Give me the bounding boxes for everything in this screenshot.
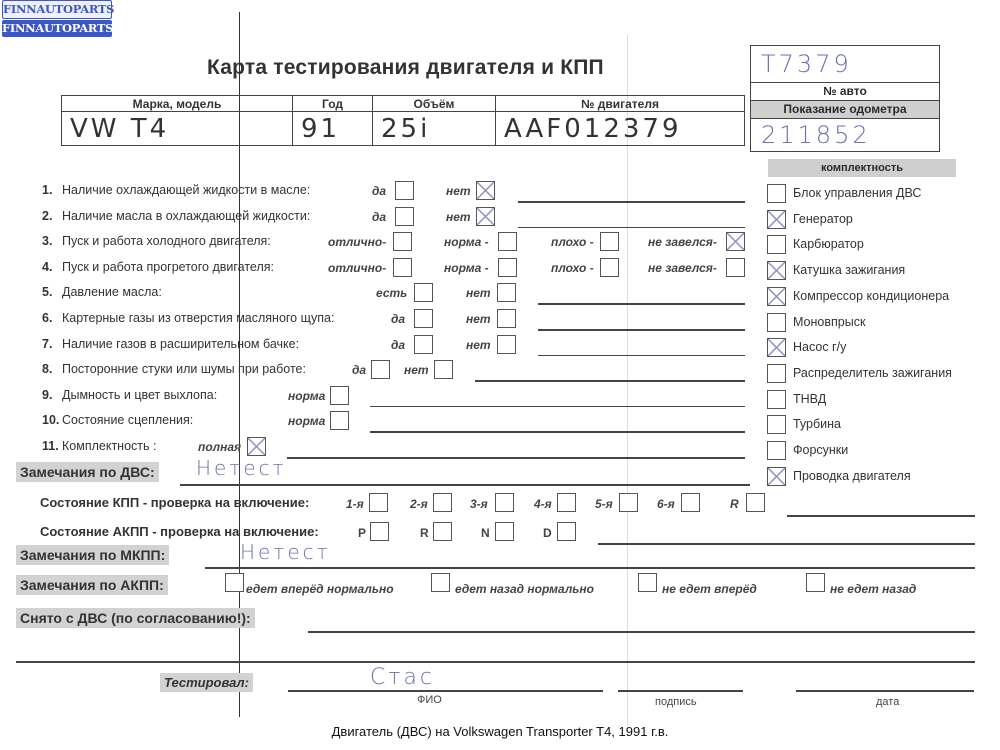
option-label: да — [391, 312, 405, 326]
logo-line-2: FINNAUTOPARTS — [2, 20, 112, 37]
gear-checkbox[interactable] — [370, 522, 389, 541]
option-checkbox[interactable] — [395, 181, 414, 200]
gear-label: 5-я — [595, 497, 613, 511]
completeness-item-label: Турбина — [793, 417, 841, 431]
option-checkbox[interactable] — [414, 283, 433, 302]
checklist-row-8: 8.Посторонние стуки или шумы при работе: — [42, 362, 306, 376]
option-checkbox[interactable] — [726, 232, 745, 251]
notes-line[interactable] — [518, 227, 745, 229]
option-label: да — [372, 184, 386, 198]
gear-label: R — [730, 497, 739, 511]
auto-number-value[interactable]: T7379 — [751, 46, 939, 83]
option-label: есть — [376, 286, 407, 300]
option-label: не завелся- — [648, 235, 717, 249]
year-value[interactable]: 91 — [293, 112, 373, 146]
checklist-number: 9. — [42, 388, 62, 402]
completeness-item-label: Блок управления ДВС — [793, 186, 921, 200]
option-label: да — [391, 338, 405, 352]
odometer-value[interactable]: 211852 — [751, 119, 939, 151]
completeness-item-label: Моновпрыск — [793, 315, 865, 329]
watermark-logo: FINNAUTOPARTS FINNAUTOPARTS — [2, 0, 112, 37]
option-checkbox[interactable] — [600, 258, 619, 277]
completeness-item-label: Генератор — [793, 212, 853, 226]
make-model-value[interactable]: VW T4 — [62, 112, 293, 146]
option-checkbox[interactable] — [434, 360, 453, 379]
option-checkbox[interactable] — [476, 207, 495, 226]
completeness-item-label: Форсунки — [793, 443, 848, 457]
date-line[interactable] — [796, 690, 974, 692]
checklist-label: Посторонние стуки или шумы при работе: — [62, 362, 306, 376]
option-label: полная — [198, 440, 241, 454]
option-label: норма — [288, 414, 325, 428]
mkpp-remarks-value[interactable]: Нетест — [240, 540, 331, 564]
option-checkbox[interactable] — [330, 386, 349, 405]
gear-checkbox[interactable] — [557, 522, 576, 541]
option-label: нет — [446, 210, 471, 224]
notes-line[interactable] — [475, 380, 745, 382]
engine-remarks-value[interactable]: Нетест — [196, 456, 287, 480]
engine-remarks-line — [180, 484, 750, 486]
removed-from-engine-label: Снято с ДВС (по согласованию!): — [16, 608, 255, 628]
option-checkbox[interactable] — [726, 258, 745, 277]
option-checkbox[interactable] — [414, 309, 433, 328]
completeness-item-label: Компрессор кондиционера — [793, 289, 949, 303]
option-checkbox[interactable] — [414, 335, 433, 354]
mkpp-remarks-label: Замечания по МКПП: — [16, 545, 169, 565]
checklist-label: Дымность и цвет выхлопа: — [62, 388, 217, 402]
option-label: норма - — [444, 235, 489, 249]
checklist-label: Комплектность : — [62, 439, 156, 453]
volume-value[interactable]: 25i — [373, 112, 496, 146]
option-label: не завелся- — [648, 261, 717, 275]
option-label: нет — [404, 363, 429, 377]
completeness-checkbox[interactable] — [767, 184, 786, 203]
checklist-label: Наличие газов в расширительном бачке: — [62, 337, 299, 351]
tested-by-label: Тестировал: — [160, 673, 253, 692]
gear-checkbox[interactable] — [495, 522, 514, 541]
checklist-number: 8. — [42, 362, 62, 376]
option-checkbox[interactable] — [498, 232, 517, 251]
gear-label: P — [358, 526, 366, 540]
checklist-row-6: 6.Картерные газы из отверстия масляного … — [42, 311, 334, 325]
completeness-item-label: Карбюратор — [793, 237, 864, 251]
option-label: плохо - — [551, 261, 594, 275]
checklist-label: Состояние сцепления: — [62, 413, 193, 427]
option-label: нет — [466, 338, 491, 352]
option-checkbox[interactable] — [393, 232, 412, 251]
checklist-row-4: 4.Пуск и работа прогретого двигателя: — [42, 260, 274, 274]
page-title: Карта тестирования двигателя и КПП — [207, 56, 604, 80]
completeness-item-label: Катушка зажигания — [793, 263, 905, 277]
akpp-option-checkbox[interactable] — [806, 573, 825, 592]
checklist-label: Пуск и работа прогретого двигателя: — [62, 260, 274, 274]
gear-checkbox[interactable] — [557, 493, 576, 512]
col-make-model: Марка, модель — [62, 96, 293, 112]
checklist-label: Давление масла: — [62, 285, 162, 299]
akpp-option-checkbox[interactable] — [225, 573, 244, 592]
notes-line[interactable] — [370, 406, 745, 408]
akpp-option-label: едет назад нормально — [455, 582, 594, 596]
option-checkbox[interactable] — [497, 283, 516, 302]
signature-caption: подпись — [655, 696, 697, 708]
completeness-checkbox[interactable] — [767, 390, 786, 409]
checklist-number: 6. — [42, 311, 62, 325]
option-label: да — [372, 210, 386, 224]
gear-label: 6-я — [657, 497, 675, 511]
checklist-number: 3. — [42, 234, 62, 248]
checklist-row-11: 11.Комплектность : — [42, 439, 156, 453]
col-year: Год — [293, 96, 373, 112]
completeness-checkbox[interactable] — [767, 287, 786, 306]
option-checkbox[interactable] — [497, 335, 516, 354]
checklist-row-1: 1.Наличие охлаждающей жидкости в масле: — [42, 183, 310, 197]
gear-label: 3-я — [470, 497, 488, 511]
gear-label: 4-я — [534, 497, 552, 511]
logo-line-1: FINNAUTOPARTS — [2, 0, 112, 19]
option-label: нет — [446, 184, 471, 198]
gear-checkbox[interactable] — [369, 493, 388, 512]
checklist-row-10: 10.Состояние сцепления: — [42, 413, 193, 427]
completeness-item-label: Насос г/у — [793, 340, 846, 354]
notes-line[interactable] — [518, 201, 745, 203]
gear-checkbox[interactable] — [681, 493, 700, 512]
completeness-checkbox[interactable] — [767, 210, 786, 229]
checklist-label: Пуск и работа холодного двигателя: — [62, 234, 271, 248]
image-caption: Двигатель (ДВС) на Volkswagen Transporte… — [0, 724, 1000, 739]
gear-checkbox[interactable] — [746, 493, 765, 512]
completeness-checkbox[interactable] — [767, 415, 786, 434]
option-checkbox[interactable] — [395, 207, 414, 226]
checklist-row-9: 9.Дымность и цвет выхлопа: — [42, 388, 217, 402]
notes-line[interactable] — [538, 303, 745, 305]
option-label: отлично- — [328, 235, 386, 249]
removed-from-engine-line-2[interactable] — [16, 661, 975, 663]
name-line — [288, 690, 603, 692]
completeness-checkbox[interactable] — [767, 467, 786, 486]
completeness-checkbox[interactable] — [767, 364, 786, 383]
notes-line[interactable] — [287, 457, 745, 459]
option-checkbox[interactable] — [330, 411, 349, 430]
completeness-item-label: ТНВД — [793, 392, 826, 406]
akpp-option-checkbox[interactable] — [431, 573, 450, 592]
manual-gearbox-line — [787, 515, 975, 517]
option-checkbox[interactable] — [371, 360, 390, 379]
auto-gearbox-line — [598, 543, 975, 545]
completeness-header: комплектность — [768, 159, 956, 177]
engine-remarks-label: Замечания по ДВС: — [16, 462, 159, 482]
auto-gearbox-label: Состояние АКПП - проверка на включение: — [40, 524, 319, 539]
gear-label: R — [420, 526, 429, 540]
akpp-option-label: не едет вперёд — [662, 582, 757, 596]
tested-by-name-value[interactable]: Стас — [370, 665, 435, 690]
option-label: нет — [466, 286, 491, 300]
option-label: норма — [288, 389, 325, 403]
option-checkbox[interactable] — [497, 309, 516, 328]
mkpp-remarks-line — [205, 567, 975, 569]
checklist-number: 4. — [42, 260, 62, 274]
option-label: норма - — [444, 261, 489, 275]
checklist-label: Картерные газы из отверстия масляного щу… — [62, 311, 334, 325]
auto-number-label: № авто — [751, 83, 939, 101]
checklist-row-5: 5.Давление масла: — [42, 285, 162, 299]
checklist-row-7: 7.Наличие газов в расширительном бачке: — [42, 337, 299, 351]
completeness-checkbox[interactable] — [767, 441, 786, 460]
checklist-number: 11. — [42, 439, 62, 453]
odometer-label: Показание одометра — [751, 101, 939, 119]
notes-line[interactable] — [538, 355, 745, 357]
checklist-number: 7. — [42, 337, 62, 351]
gear-label: D — [543, 526, 552, 540]
option-label: отлично- — [328, 261, 386, 275]
engine-number-value[interactable]: AAF012379 — [496, 112, 745, 146]
gear-checkbox[interactable] — [619, 493, 638, 512]
option-checkbox[interactable] — [498, 258, 517, 277]
checklist-number: 10. — [42, 413, 62, 427]
checklist-number: 1. — [42, 183, 62, 197]
notes-line[interactable] — [538, 329, 745, 331]
option-label: плохо - — [551, 235, 594, 249]
checklist-row-3: 3.Пуск и работа холодного двигателя: — [42, 234, 271, 248]
akpp-option-checkbox[interactable] — [638, 573, 657, 592]
akpp-option-label: едет вперёд нормально — [246, 582, 394, 596]
completeness-item-label: Проводка двигателя — [793, 469, 911, 483]
col-volume: Объём — [373, 96, 496, 112]
option-checkbox[interactable] — [393, 258, 412, 277]
gear-checkbox[interactable] — [433, 493, 452, 512]
signature-line[interactable] — [618, 690, 743, 692]
completeness-checkbox[interactable] — [767, 261, 786, 280]
checklist-row-2: 2.Наличие масла в охлаждающей жидкости: — [42, 209, 310, 223]
completeness-checkbox[interactable] — [767, 235, 786, 254]
date-caption: дата — [876, 696, 899, 708]
col-engine-number: № двигателя — [496, 96, 745, 112]
akpp-option-label: не едет назад — [830, 582, 916, 596]
checklist-label: Наличие охлаждающей жидкости в масле: — [62, 183, 310, 197]
checklist-number: 2. — [42, 209, 62, 223]
akpp-remarks-label: Замечания по АКПП: — [16, 575, 168, 595]
gear-label: N — [481, 526, 490, 540]
auto-box: T7379 № авто Показание одометра 211852 — [750, 45, 940, 152]
removed-from-engine-line[interactable] — [308, 631, 975, 633]
notes-line[interactable] — [370, 431, 745, 433]
checklist-number: 5. — [42, 285, 62, 299]
option-label: нет — [466, 312, 491, 326]
vehicle-info-table: Марка, модель Год Объём № двигателя VW T… — [61, 95, 745, 146]
option-checkbox[interactable] — [476, 181, 495, 200]
option-checkbox[interactable] — [247, 437, 266, 456]
completeness-checkbox[interactable] — [767, 313, 786, 332]
manual-gearbox-label: Состояние КПП - проверка на включение: — [40, 495, 309, 510]
gear-label: 1-я — [346, 497, 364, 511]
option-label: да — [352, 363, 366, 377]
gear-label: 2-я — [410, 497, 428, 511]
completeness-item-label: Распределитель зажигания — [793, 366, 952, 380]
checklist-label: Наличие масла в охлаждающей жидкости: — [62, 209, 310, 223]
gear-checkbox[interactable] — [433, 522, 452, 541]
completeness-checkbox[interactable] — [767, 338, 786, 357]
name-caption: ФИО — [417, 694, 442, 706]
option-checkbox[interactable] — [600, 232, 619, 251]
gear-checkbox[interactable] — [495, 493, 514, 512]
